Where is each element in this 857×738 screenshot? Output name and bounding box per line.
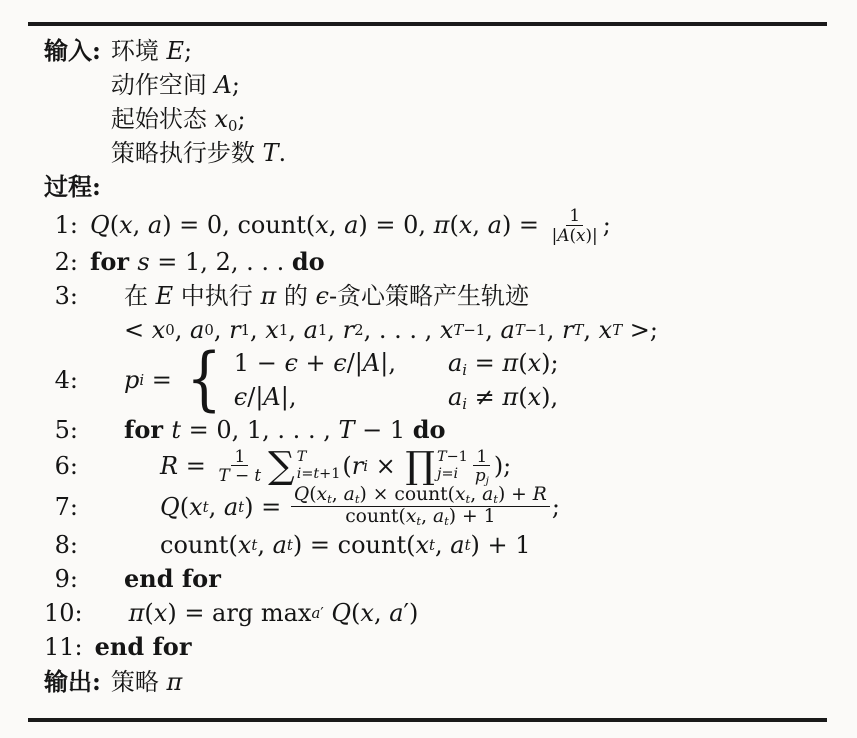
- case-condition: ai = π(x);: [448, 347, 559, 379]
- output-formula: 策略 π: [111, 665, 182, 699]
- case-condition: ai ≠ π(x),: [448, 381, 559, 413]
- input-section: 输入: 环境 E;动作空间 A;起始状态 x0;策略执行步数 T.: [44, 34, 831, 170]
- piecewise-cases: {1 − ϵ + ϵ/|A|,ai = π(x);ϵ/|A|,ai ≠ π(x)…: [182, 347, 559, 413]
- fraction: Q(xt, at) × count(xt, at) + Rcount(xt, a…: [291, 485, 550, 528]
- algo-step: 4:pi = {1 − ϵ + ϵ/|A|,ai = π(x);ϵ/|A|,ai…: [44, 347, 831, 413]
- step-body: end for: [124, 562, 221, 596]
- algo-step: < x0, a0, r1, x1, a1, r2, . . . , xT−1, …: [44, 313, 831, 347]
- step-body: Q(xt, at) = Q(xt, at) × count(xt, at) + …: [160, 485, 560, 528]
- left-brace-glyph: {: [186, 348, 221, 411]
- fraction: 1|A(x)|: [549, 206, 601, 245]
- step-number: 10:: [44, 596, 95, 630]
- input-items: 环境 E;动作空间 A;起始状态 x0;策略执行步数 T.: [111, 34, 286, 170]
- step-body: Q(x, a) = 0, count(x, a) = 0, π(x, a) = …: [90, 206, 611, 245]
- algo-step: 7:Q(xt, at) = Q(xt, at) × count(xt, at) …: [44, 485, 831, 528]
- fraction: 1pj: [472, 447, 492, 486]
- big-operator: ∑Ti=t+1: [268, 447, 340, 484]
- algo-step: 6:R = 1T − t∑Ti=t+1(ri × ∏T−1j=i1pj);: [44, 447, 831, 486]
- top-rule: [28, 22, 827, 26]
- step-body: R = 1T − t∑Ti=t+1(ri × ∏T−1j=i1pj);: [160, 447, 511, 486]
- output-label: 输出:: [44, 665, 101, 699]
- algo-step: 5:for t = 0, 1, . . . , T − 1 do: [44, 413, 831, 447]
- input-item: 起始状态 x0;: [111, 102, 286, 136]
- fraction: 1T − t: [215, 447, 264, 486]
- step-number: 11:: [44, 630, 95, 664]
- input-item: 动作空间 A;: [111, 68, 286, 102]
- input-item: 策略执行步数 T.: [111, 136, 286, 170]
- algo-step: 1:Q(x, a) = 0, count(x, a) = 0, π(x, a) …: [44, 206, 831, 245]
- algo-step: 11:end for: [44, 630, 831, 664]
- step-number: 3:: [44, 279, 90, 313]
- algo-step: 10:π(x) = arg maxa′ Q(x, a′): [44, 596, 831, 630]
- step-number: 7:: [44, 490, 90, 524]
- step-number: 9:: [44, 562, 90, 596]
- algo-step: 8:count(xt, at) = count(xt, at) + 1: [44, 528, 831, 562]
- step-body: for s = 1, 2, . . . do: [90, 245, 325, 279]
- step-body: end for: [95, 630, 192, 664]
- step-body: for t = 0, 1, . . . , T − 1 do: [124, 413, 446, 447]
- process-label: 过程:: [44, 170, 831, 204]
- step-body: 在 E 中执行 π 的 ϵ-贪心策略产生轨迹: [124, 279, 529, 313]
- bottom-rule: [28, 718, 827, 722]
- case-value: ϵ/|A|,: [234, 381, 396, 413]
- algo-step: 2:for s = 1, 2, . . . do: [44, 245, 831, 279]
- input-label: 输入:: [44, 34, 101, 68]
- algorithm-steps: 1:Q(x, a) = 0, count(x, a) = 0, π(x, a) …: [44, 206, 831, 664]
- step-body: π(x) = arg maxa′ Q(x, a′): [129, 596, 419, 630]
- algorithm-box: 输入: 环境 E;动作空间 A;起始状态 x0;策略执行步数 T. 过程: 1:…: [0, 0, 857, 738]
- output-section: 输出: 策略 π: [44, 665, 831, 699]
- algorithm-content: 输入: 环境 E;动作空间 A;起始状态 x0;策略执行步数 T. 过程: 1:…: [44, 34, 831, 699]
- case-value: 1 − ϵ + ϵ/|A|,: [234, 347, 396, 379]
- step-number: 1:: [44, 208, 90, 242]
- algo-step: 3:在 E 中执行 π 的 ϵ-贪心策略产生轨迹: [44, 279, 831, 313]
- step-body: count(xt, at) = count(xt, at) + 1: [160, 528, 531, 562]
- algo-step: 9:end for: [44, 562, 831, 596]
- big-operator: ∏T−1j=i: [405, 447, 467, 484]
- step-number: 6:: [44, 449, 90, 483]
- step-number: 4:: [44, 363, 90, 397]
- step-number: 5:: [44, 413, 90, 447]
- step-body: pi = {1 − ϵ + ϵ/|A|,ai = π(x);ϵ/|A|,ai ≠…: [124, 347, 559, 413]
- step-number: 2:: [44, 245, 90, 279]
- input-item: 环境 E;: [111, 34, 286, 68]
- step-number: 8:: [44, 528, 90, 562]
